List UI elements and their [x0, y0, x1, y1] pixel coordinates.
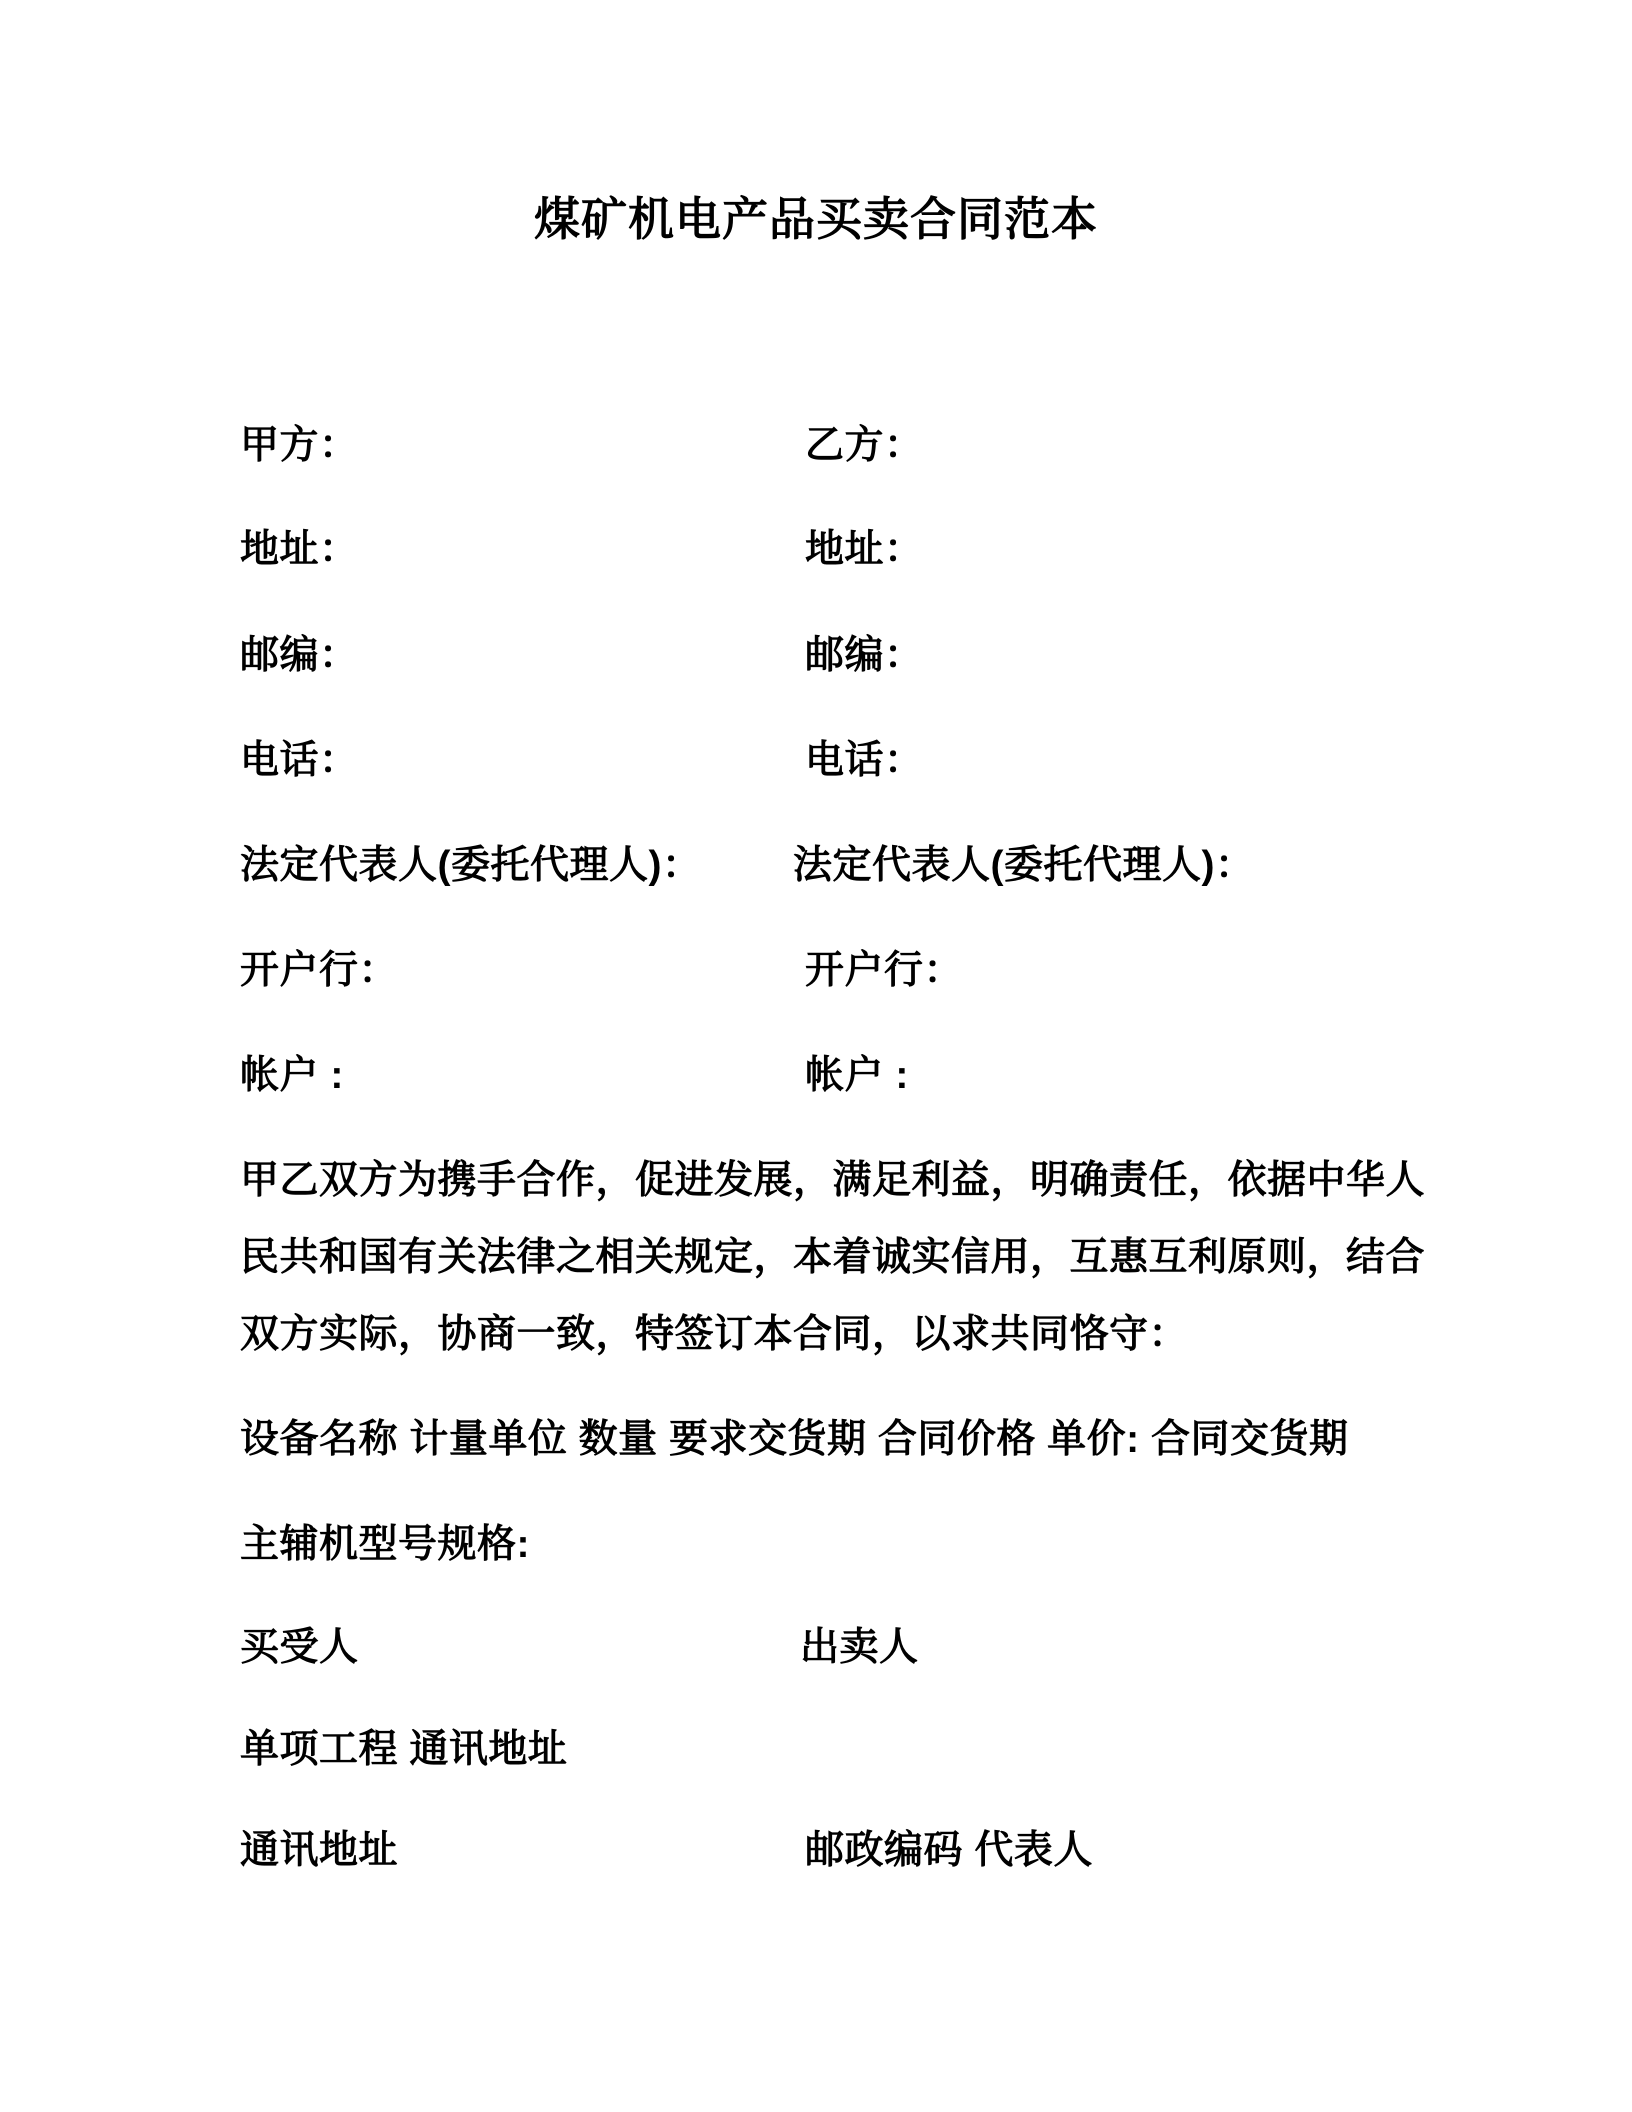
preamble-line-2: 民共和国有关法律之相关规定，本着诚实信用，互惠互利原则，结合	[240, 1234, 1425, 1282]
postcode-b-label: 邮编：	[805, 632, 924, 680]
preamble-line-1: 甲乙双方为携手合作，促进发展，满足利益，明确责任，依据中华人	[240, 1157, 1425, 1205]
legal-representative-a-label: 法定代表人(委托代理人)：	[240, 842, 701, 890]
party-a-label: 甲方：	[240, 422, 359, 470]
party-b-label: 乙方：	[805, 422, 924, 470]
seller-label: 出卖人	[800, 1624, 919, 1672]
document-title: 煤矿机电产品买卖合同范本	[0, 190, 1632, 248]
address-a-label: 地址：	[240, 526, 359, 574]
goods-table-header-line: 设备名称 计量单位 数量 要求交货期 合同价格 单价: 合同交货期	[240, 1416, 1349, 1464]
legal-representative-b-label: 法定代表人(委托代理人)：	[793, 842, 1254, 890]
preamble-line-3: 双方实际，协商一致，特签订本合同，以求共同恪守：	[240, 1311, 1188, 1359]
project-line: 单项工程 通讯地址	[240, 1726, 567, 1774]
address-b-label: 地址：	[805, 526, 924, 574]
bank-b-label: 开户行：	[805, 947, 963, 995]
buyer-label: 买受人	[240, 1624, 359, 1672]
contact-address-label: 通讯地址	[240, 1827, 398, 1875]
bank-a-label: 开户行：	[240, 947, 398, 995]
account-b-label: 帐户 :	[805, 1052, 909, 1100]
contract-document-page: 煤矿机电产品买卖合同范本 甲方： 乙方： 地址： 地址： 邮编： 邮编： 电话：…	[0, 0, 1632, 2112]
postcode-a-label: 邮编：	[240, 632, 359, 680]
postcode-representative-label: 邮政编码 代表人	[805, 1827, 1093, 1875]
account-a-label: 帐户 :	[240, 1052, 344, 1100]
phone-b-label: 电话：	[805, 737, 924, 785]
spec-line: 主辅机型号规格:	[240, 1521, 530, 1569]
phone-a-label: 电话：	[240, 737, 359, 785]
